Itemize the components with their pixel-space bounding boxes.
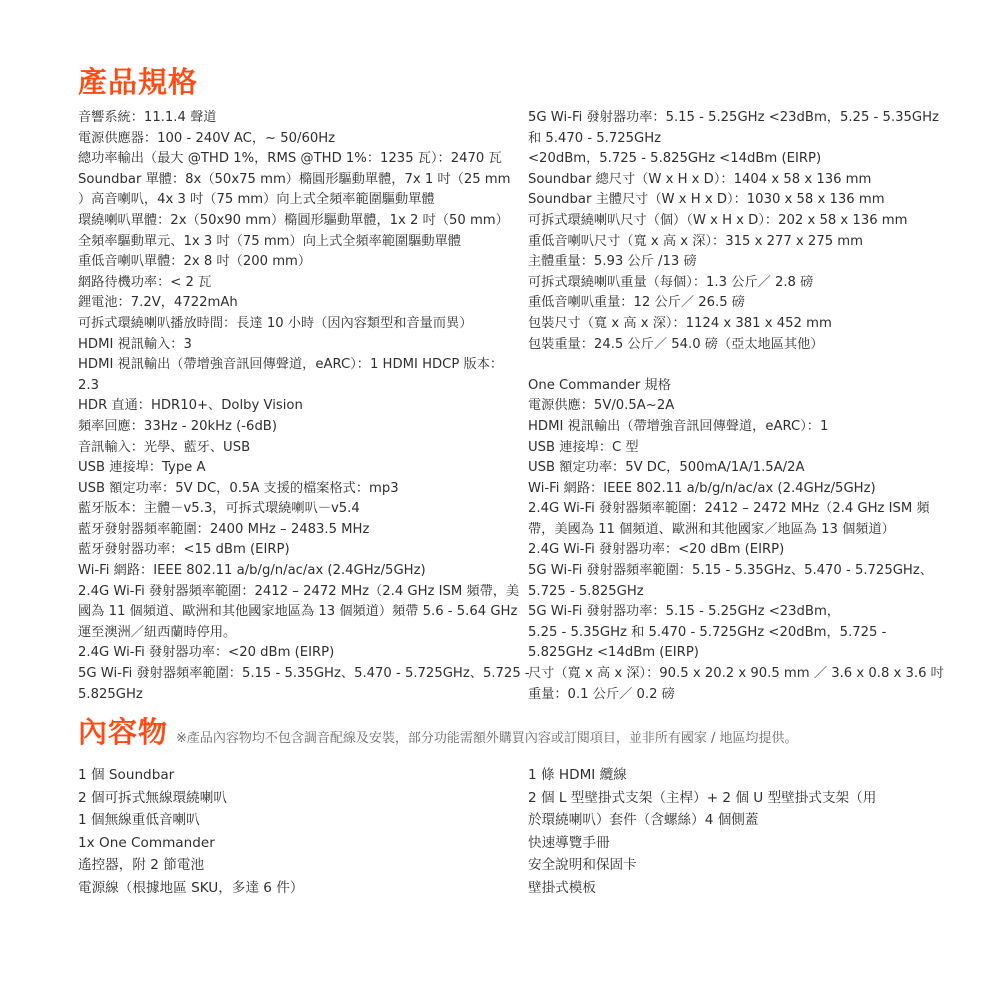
spec-line: Soundbar 總尺寸（W x H x D）：1404 x 58 x 136 …: [528, 170, 928, 191]
contents-item: 1 條 HDMI 纜線: [528, 764, 928, 787]
spec-line: 5.725 - 5.825GHz: [528, 582, 928, 603]
spec-line: USB 連接埠：Type A: [78, 458, 528, 479]
spec-line: 2.4G Wi-Fi 發射器功率：<20 dBm (EIRP): [528, 540, 928, 561]
spec-line: 和 5.470 - 5.725GHz: [528, 129, 928, 150]
spec-line: 電源供應器：100 - 240V AC，~ 50/60Hz: [78, 129, 528, 150]
contents-item: 1 個 Soundbar: [78, 764, 528, 787]
specs-left-column: 音響系統：11.1.4 聲道電源供應器：100 - 240V AC，~ 50/6…: [78, 108, 528, 705]
spec-line: 鋰電池：7.2V，4722mAh: [78, 293, 528, 314]
spec-line: 包裝尺寸（寬 x 高 x 深）：1124 x 381 x 452 mm: [528, 314, 928, 335]
spec-line: 可拆式環繞喇叭重量（每個）：1.3 公斤／ 2.8 磅: [528, 273, 928, 294]
spec-line: USB 連接埠：C 型: [528, 438, 928, 459]
spec-line: 2.4G Wi-Fi 發射器功率：<20 dBm (EIRP): [78, 643, 528, 664]
contents-header: 內容物 ※產品內容物均不包含調音配線及安裝，部分功能需額外購買內容或訂閱項目，並…: [78, 712, 798, 752]
spec-line: 電源供應：5V/0.5A~2A: [528, 396, 928, 417]
spec-line: HDR 直通：HDR10+、Dolby Vision: [78, 396, 528, 417]
spec-line: HDMI 視訊輸出（帶增強音訊回傳聲道，eARC）：1: [528, 417, 928, 438]
spec-line: 5G Wi-Fi 發射器頻率範圍：5.15 - 5.35GHz、5.470 - …: [528, 561, 928, 582]
spec-line: 重量：0.1 公斤／ 0.2 磅: [528, 685, 928, 706]
spec-line: 環繞喇叭單體：2x（50x90 mm）橢圓形驅動單體，1x 2 吋（50 mm）: [78, 211, 528, 232]
spec-line: 網路待機功率：< 2 瓦: [78, 273, 528, 294]
spec-line: 2.4G Wi-Fi 發射器頻率範圍：2412 – 2472 MHz（2.4 G…: [528, 499, 928, 520]
spec-line: Wi-Fi 網路：IEEE 802.11 a/b/g/n/ac/ax (2.4G…: [528, 479, 928, 500]
spec-line: 重低音喇叭單體：2x 8 吋（200 mm）: [78, 252, 528, 273]
spec-line: 藍牙發射器功率：<15 dBm (EIRP): [78, 540, 528, 561]
spec-line: Soundbar 主體尺寸（W x H x D）：1030 x 58 x 136…: [528, 190, 928, 211]
contents-columns: 1 個 Soundbar2 個可拆式無線環繞喇叭1 個無線重低音喇叭1x One…: [78, 764, 928, 900]
contents-item: 2 個 L 型壁掛式支架（主桿）+ 2 個 U 型壁掛式支架（用: [528, 787, 928, 810]
contents-item: 2 個可拆式無線環繞喇叭: [78, 787, 528, 810]
contents-item: 1 個無線重低音喇叭: [78, 809, 528, 832]
spec-line: 音訊輸入：光學、藍牙、USB: [78, 438, 528, 459]
spec-line: 5G Wi-Fi 發射器功率：5.15 - 5.25GHz <23dBm，: [528, 602, 928, 623]
contents-right-column: 1 條 HDMI 纜線2 個 L 型壁掛式支架（主桿）+ 2 個 U 型壁掛式支…: [528, 764, 928, 900]
spec-line: 主體重量：5.93 公斤 /13 磅: [528, 252, 928, 273]
spec-line: 運至澳洲／紐西蘭時停用。: [78, 623, 528, 644]
spec-line: HDMI 視訊輸入：3: [78, 335, 528, 356]
spec-line: 總功率輸出（最大 @THD 1%，RMS @THD 1%：1235 瓦）：247…: [78, 149, 528, 170]
spec-line: 藍牙版本：主體－v5.3，可拆式環繞喇叭－v5.4: [78, 499, 528, 520]
spec-line: 5.25 - 5.35GHz 和 5.470 - 5.725GHz <20dBm…: [528, 623, 928, 644]
spec-line: HDMI 視訊輸出（帶增強音訊回傳聲道，eARC）：1 HDMI HDCP 版本…: [78, 355, 528, 376]
spacer: [528, 355, 928, 376]
spec-page: 產品規格 音響系統：11.1.4 聲道電源供應器：100 - 240V AC，~…: [78, 62, 928, 705]
spec-line: USB 額定功率：5V DC，500mA/1A/1.5A/2A: [528, 458, 928, 479]
spec-line: 頻率回應：33Hz - 20kHz (-6dB): [78, 417, 528, 438]
spec-line: 5G Wi-Fi 發射器功率：5.15 - 5.25GHz <23dBm，5.2…: [528, 108, 928, 129]
spec-line: 5.825GHz <14dBm (EIRP): [528, 643, 928, 664]
spec-line: 5.825GHz: [78, 685, 528, 706]
contents-item: 壁掛式模板: [528, 877, 928, 900]
contents-left-column: 1 個 Soundbar2 個可拆式無線環繞喇叭1 個無線重低音喇叭1x One…: [78, 764, 528, 900]
spec-line: 可拆式環繞喇叭尺寸（個）（W x H x D）：202 x 58 x 136 m…: [528, 211, 928, 232]
contents-item: 1x One Commander: [78, 832, 528, 855]
spec-line: ）高音喇叭，4x 3 吋（75 mm）向上式全頻率範圍驅動單體: [78, 190, 528, 211]
contents-item: 電源線（根據地區 SKU，多達 6 件）: [78, 877, 528, 900]
spec-line: 5G Wi-Fi 發射器頻率範圍：5.15 - 5.35GHz、5.470 - …: [78, 664, 528, 685]
spec-line: 國為 11 個頻道、歐洲和其他國家地區為 13 個頻道）頻帶 5.6 - 5.6…: [78, 602, 528, 623]
contents-item: 於環繞喇叭）套件（含螺絲）4 個側蓋: [528, 809, 928, 832]
spec-line: 全頻率驅動單元、1x 3 吋（75 mm）向上式全頻率範圍驅動單體: [78, 232, 528, 253]
spec-line: 可拆式環繞喇叭播放時間：長達 10 小時（因內容類型和音量而異）: [78, 314, 528, 335]
contents-item: 安全說明和保固卡: [528, 854, 928, 877]
spec-line: 重低音喇叭尺寸（寬 x 高 x 深）：315 x 277 x 275 mm: [528, 232, 928, 253]
spec-line: 帶，美國為 11 個頻道、歐洲和其他國家／地區為 13 個頻道）: [528, 520, 928, 541]
specs-title: 產品規格: [78, 62, 928, 102]
spec-line: 尺寸（寬 x 高 x 深）：90.5 x 20.2 x 90.5 mm ／ 3.…: [528, 664, 928, 685]
spec-line: USB 額定功率：5V DC，0.5A 支援的檔案格式：mp3: [78, 479, 528, 500]
spec-line: Wi-Fi 網路：IEEE 802.11 a/b/g/n/ac/ax (2.4G…: [78, 561, 528, 582]
spec-line: 藍牙發射器頻率範圍：2400 MHz – 2483.5 MHz: [78, 520, 528, 541]
spec-line: 2.4G Wi-Fi 發射器頻率範圍：2412 – 2472 MHz（2.4 G…: [78, 582, 528, 603]
contents-title: 內容物: [78, 712, 168, 752]
contents-item: 快速導覽手冊: [528, 832, 928, 855]
spec-line: <20dBm，5.725 - 5.825GHz <14dBm (EIRP): [528, 149, 928, 170]
spec-line: One Commander 規格: [528, 376, 928, 397]
spec-line: 重低音喇叭重量：12 公斤／ 26.5 磅: [528, 293, 928, 314]
spec-line: 包裝重量：24.5 公斤／ 54.0 磅（亞太地區其他）: [528, 335, 928, 356]
spec-line: 2.3: [78, 376, 528, 397]
spec-line: Soundbar 單體：8x（50x75 mm）橢圓形驅動單體，7x 1 吋（2…: [78, 170, 528, 191]
specs-right-column: 5G Wi-Fi 發射器功率：5.15 - 5.25GHz <23dBm，5.2…: [528, 108, 928, 705]
contents-note: ※產品內容物均不包含調音配線及安裝，部分功能需額外購買內容或訂閱項目，並非所有國…: [176, 727, 798, 746]
specs-columns: 音響系統：11.1.4 聲道電源供應器：100 - 240V AC，~ 50/6…: [78, 108, 928, 705]
contents-item: 遙控器，附 2 節電池: [78, 854, 528, 877]
spec-line: 音響系統：11.1.4 聲道: [78, 108, 528, 129]
